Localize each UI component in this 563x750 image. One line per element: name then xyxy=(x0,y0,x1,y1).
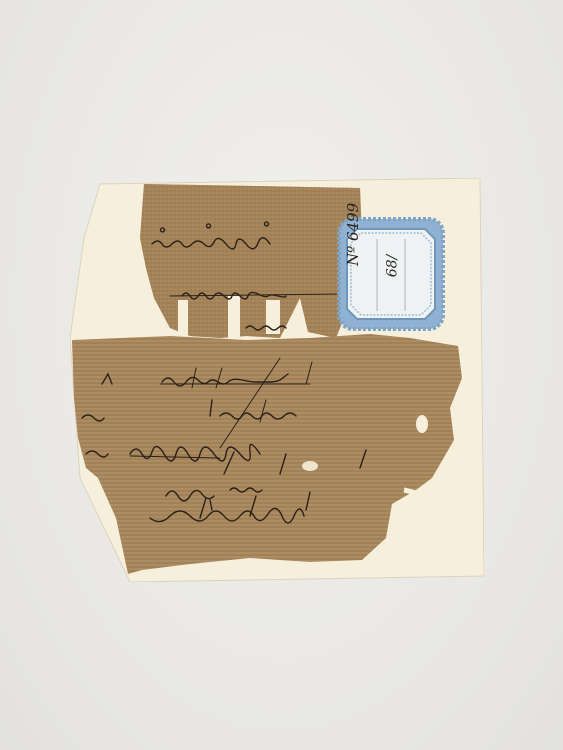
inventory-number: Nº 6499 xyxy=(344,203,362,266)
secondary-mark: 68/ xyxy=(384,255,400,278)
